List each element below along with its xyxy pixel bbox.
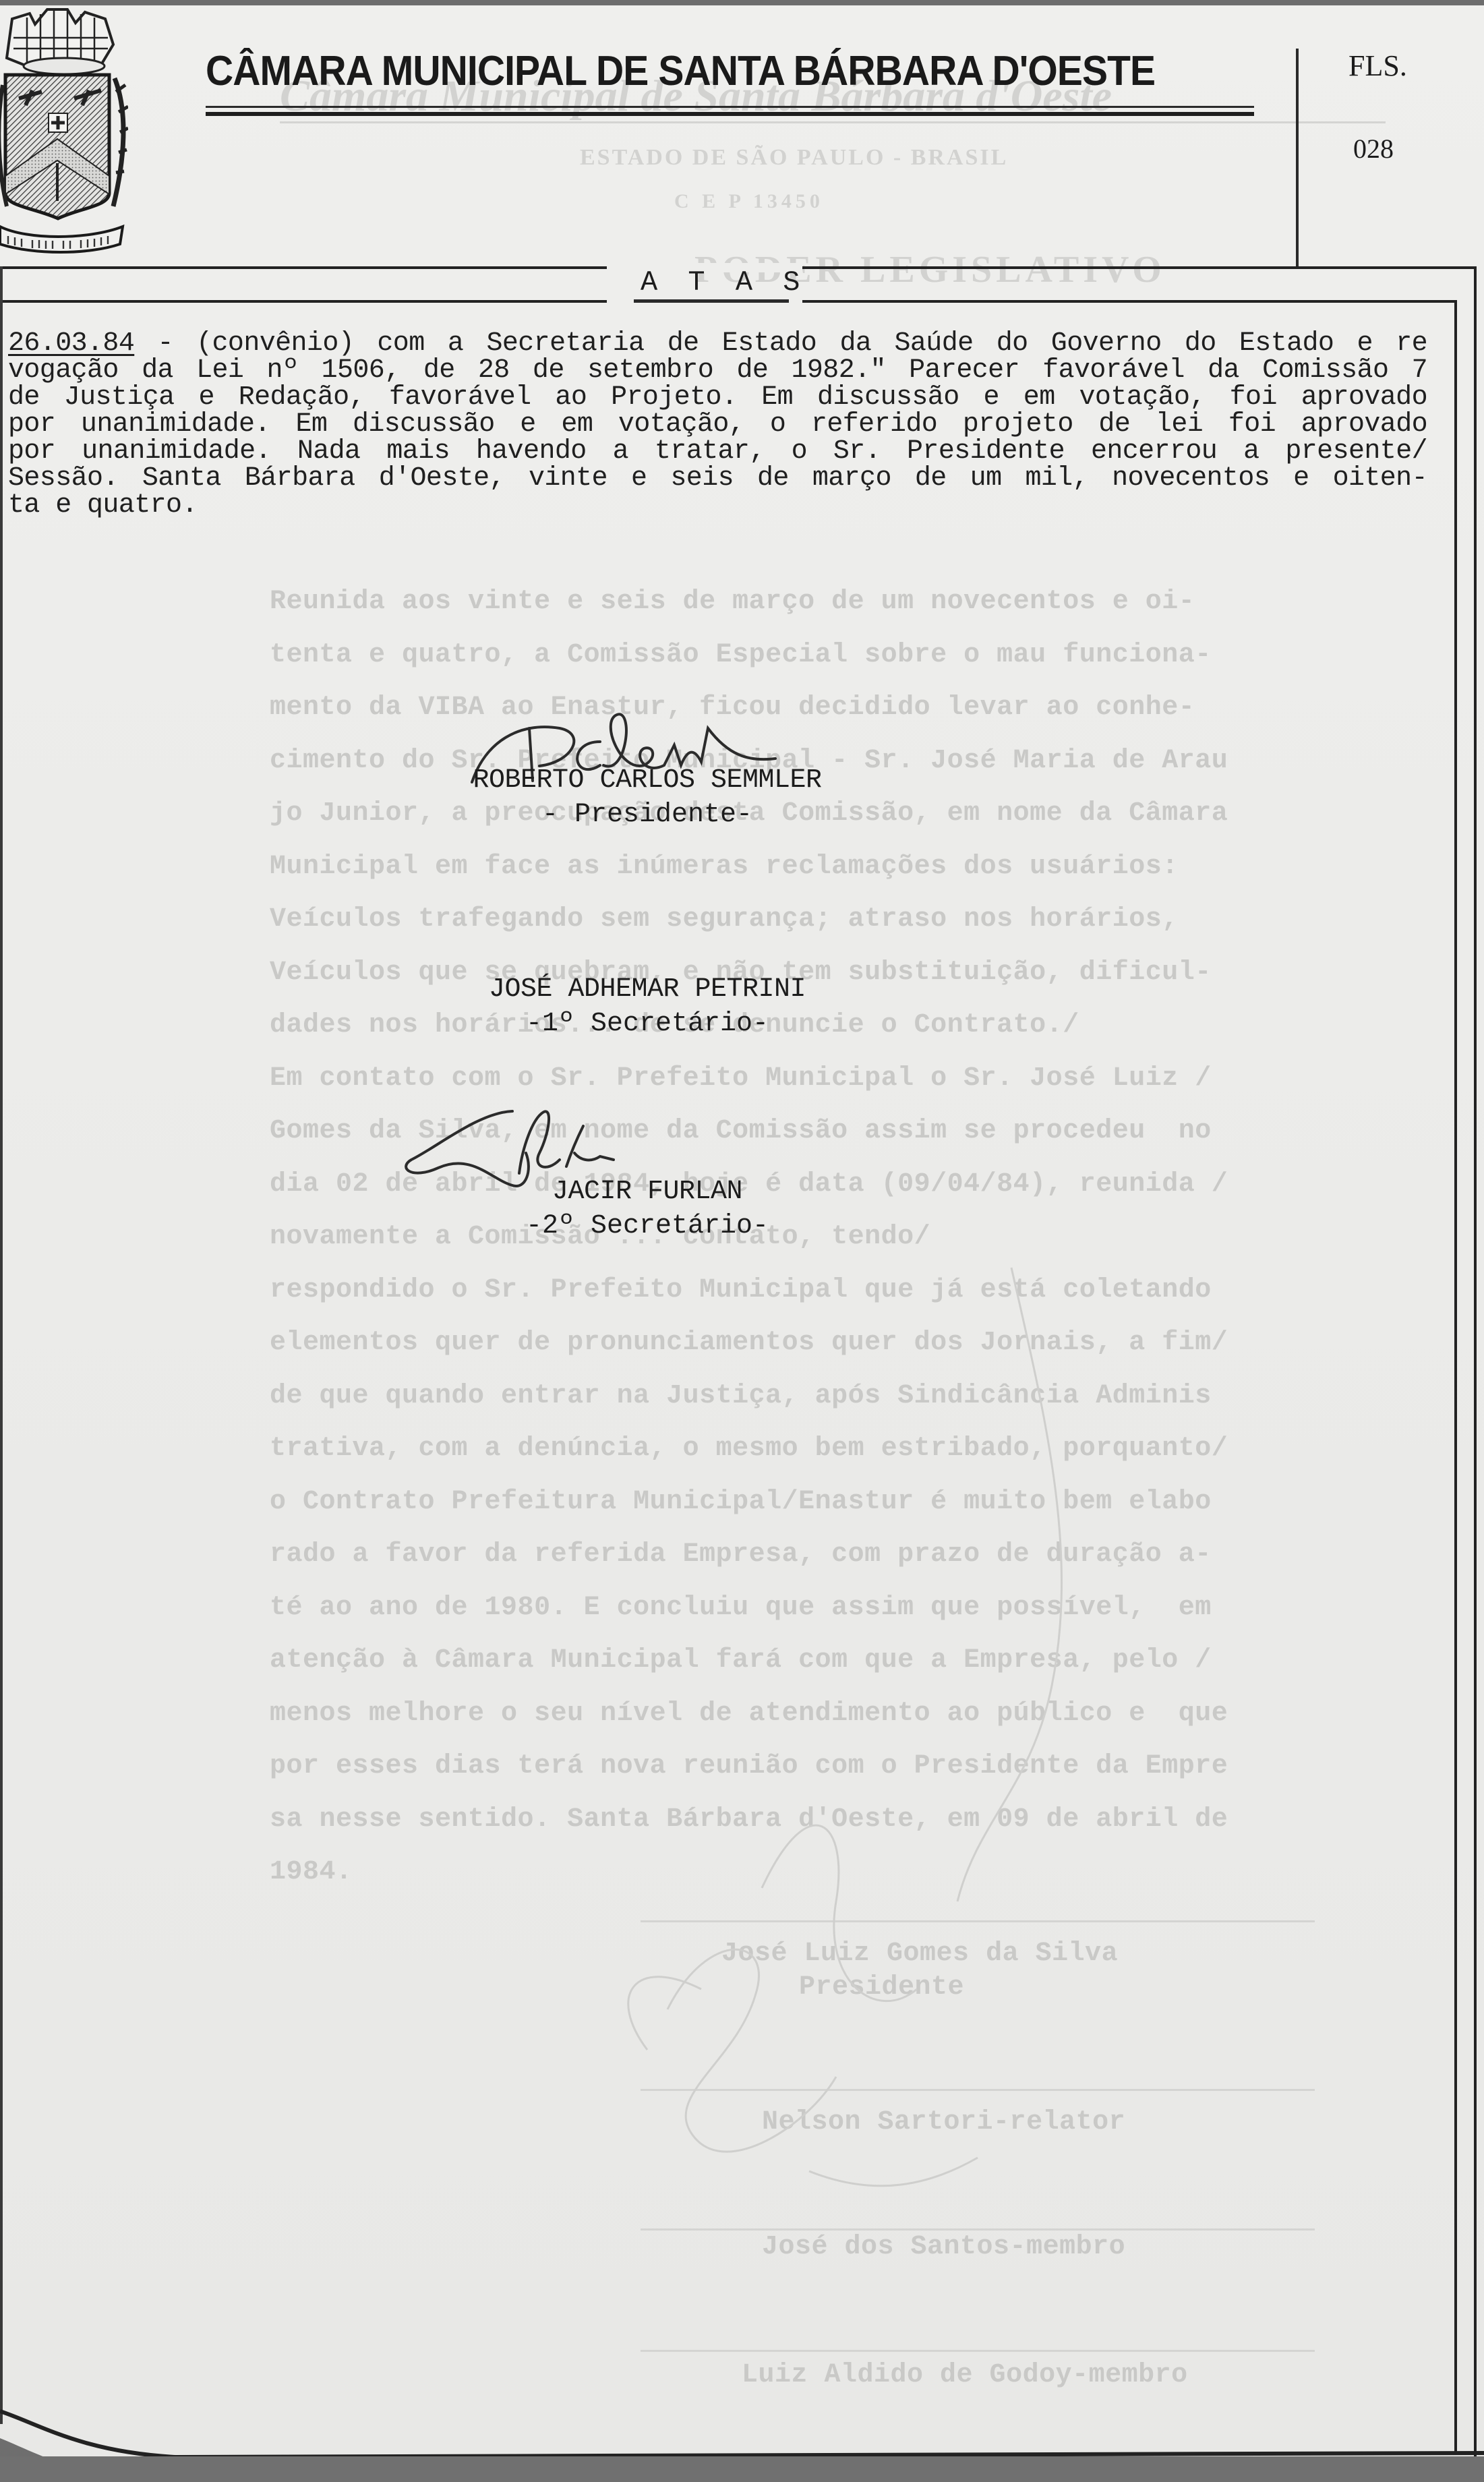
minutes-line: 26.03.84 - (convênio) com a Secretaria d…	[8, 330, 1427, 357]
signatory-first-secretary: JOSÉ ADHEMAR PETRINI -1º Secretário-	[452, 974, 843, 1039]
signatory-name: ROBERTO CARLOS SEMMLER	[452, 765, 843, 796]
folio-number: 028	[1353, 133, 1394, 165]
minutes-line: por unanimidade. Nada mais havendo a tra…	[8, 438, 1427, 465]
municipal-coat-of-arms-icon	[0, 4, 128, 254]
minutes-line: de Justiça e Redação, favorável ao Proje…	[8, 384, 1427, 411]
title-rule	[206, 106, 1254, 108]
signatory-name: JOSÉ ADHEMAR PETRINI	[452, 974, 843, 1005]
minutes-text: 26.03.84 - (convênio) com a Secretaria d…	[8, 330, 1427, 519]
folio-label: FLS.	[1348, 49, 1407, 83]
signatory-name: JACIR FURLAN	[458, 1177, 836, 1207]
frame-left-edge	[0, 266, 3, 2424]
section-title-rule	[634, 299, 789, 303]
signatory-second-secretary: JACIR FURLAN -2º Secretário-	[458, 1177, 836, 1241]
signatory-president: ROBERTO CARLOS SEMMLER - Presidente-	[452, 765, 843, 830]
minutes-line: vogação da Lei nº 1506, de 28 de setembr…	[8, 357, 1427, 384]
minutes-line: por unanimidade. Em discussão e em votaç…	[8, 411, 1427, 438]
scan-edge-bottom	[0, 2456, 1484, 2482]
minutes-date: 26.03.84	[8, 328, 134, 359]
institution-title: CÂMARA MUNICIPAL DE SANTA BÁRBARA D'OEST…	[206, 47, 1155, 95]
minutes-line: ta e quatro.	[8, 492, 1427, 519]
frame-outer-right	[1474, 266, 1477, 2458]
minutes-line: Sessão. Santa Bárbara d'Oeste, vinte e s…	[8, 465, 1427, 492]
section-title: A T A S	[641, 266, 806, 299]
title-rule	[206, 112, 1254, 116]
signatory-role: - Presidente-	[452, 800, 843, 830]
frame-inner-right	[1454, 300, 1457, 2454]
minutes-line-text: - (convênio) com a Secretaria de Estado …	[134, 328, 1427, 359]
document-page: Câmara Municipal de Santa Bárbara d'Oest…	[0, 0, 1484, 2482]
signatory-role: -2º Secretário-	[458, 1211, 836, 1241]
signatory-role: -1º Secretário-	[452, 1009, 843, 1039]
folio-divider	[1296, 49, 1299, 268]
